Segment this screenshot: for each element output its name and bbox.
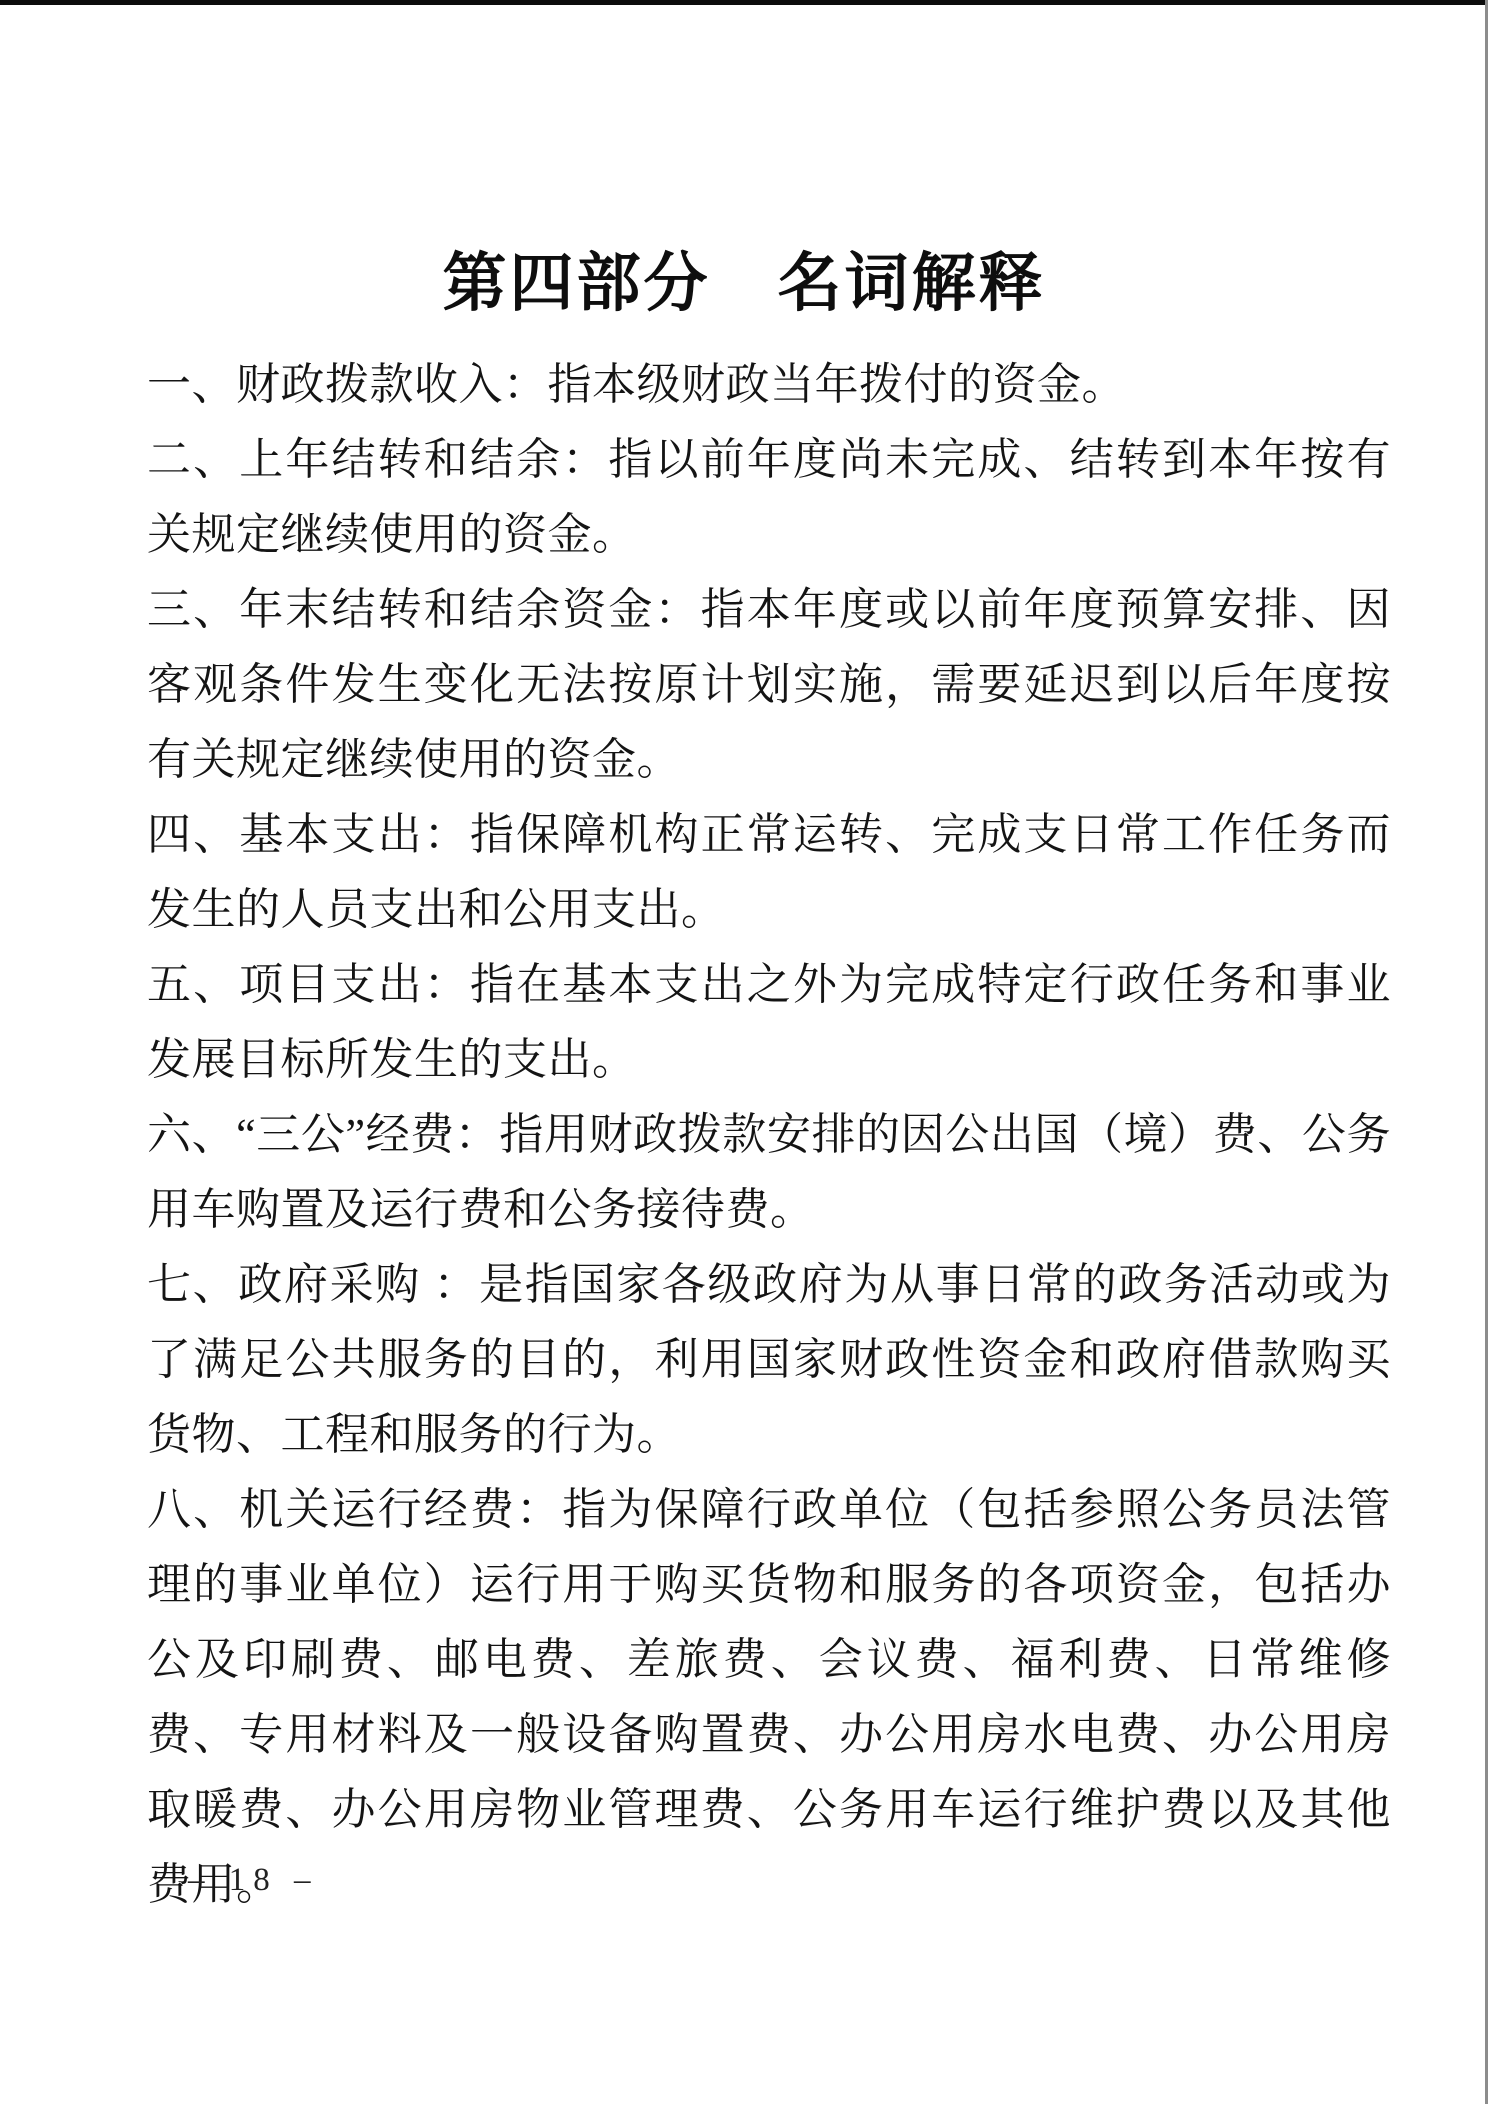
- page-number: – 18 –: [188, 1862, 319, 1899]
- document-page: 第四部分 名词解释 一、财政拨款收入：指本级财政当年拨付的资金。 二、上年结转和…: [0, 0, 1488, 2104]
- definition-item-7: 七、政府采购 ：是指国家各级政府为从事日常的政务活动或为了满足公共服务的目的，利…: [147, 1247, 1391, 1472]
- definition-item-6: 六、“三公”经费：指用财政拨款安排的因公出国（境）费、公务用车购置及运行费和公务…: [147, 1097, 1391, 1247]
- definition-item-1: 一、财政拨款收入：指本级财政当年拨付的资金。: [147, 347, 1391, 422]
- definition-item-8: 八、机关运行经费：指为保障行政单位（包括参照公务员法管理的事业单位）运行用于购买…: [147, 1472, 1391, 1922]
- definition-item-2: 二、上年结转和结余：指以前年度尚未完成、结转到本年按有关规定继续使用的资金。: [147, 422, 1391, 572]
- scan-edge-top: [0, 0, 1488, 5]
- definition-item-3: 三、年末结转和结余资金：指本年度或以前年度预算安排、因客观条件发生变化无法按原计…: [147, 572, 1391, 797]
- definition-item-5: 五、项目支出：指在基本支出之外为完成特定行政任务和事业发展目标所发生的支出。: [147, 947, 1391, 1097]
- definitions-body: 一、财政拨款收入：指本级财政当年拨付的资金。 二、上年结转和结余：指以前年度尚未…: [147, 347, 1391, 1922]
- section-title: 第四部分 名词解释: [0, 232, 1488, 324]
- definition-item-4: 四、基本支出：指保障机构正常运转、完成支日常工作任务而发生的人员支出和公用支出。: [147, 797, 1391, 947]
